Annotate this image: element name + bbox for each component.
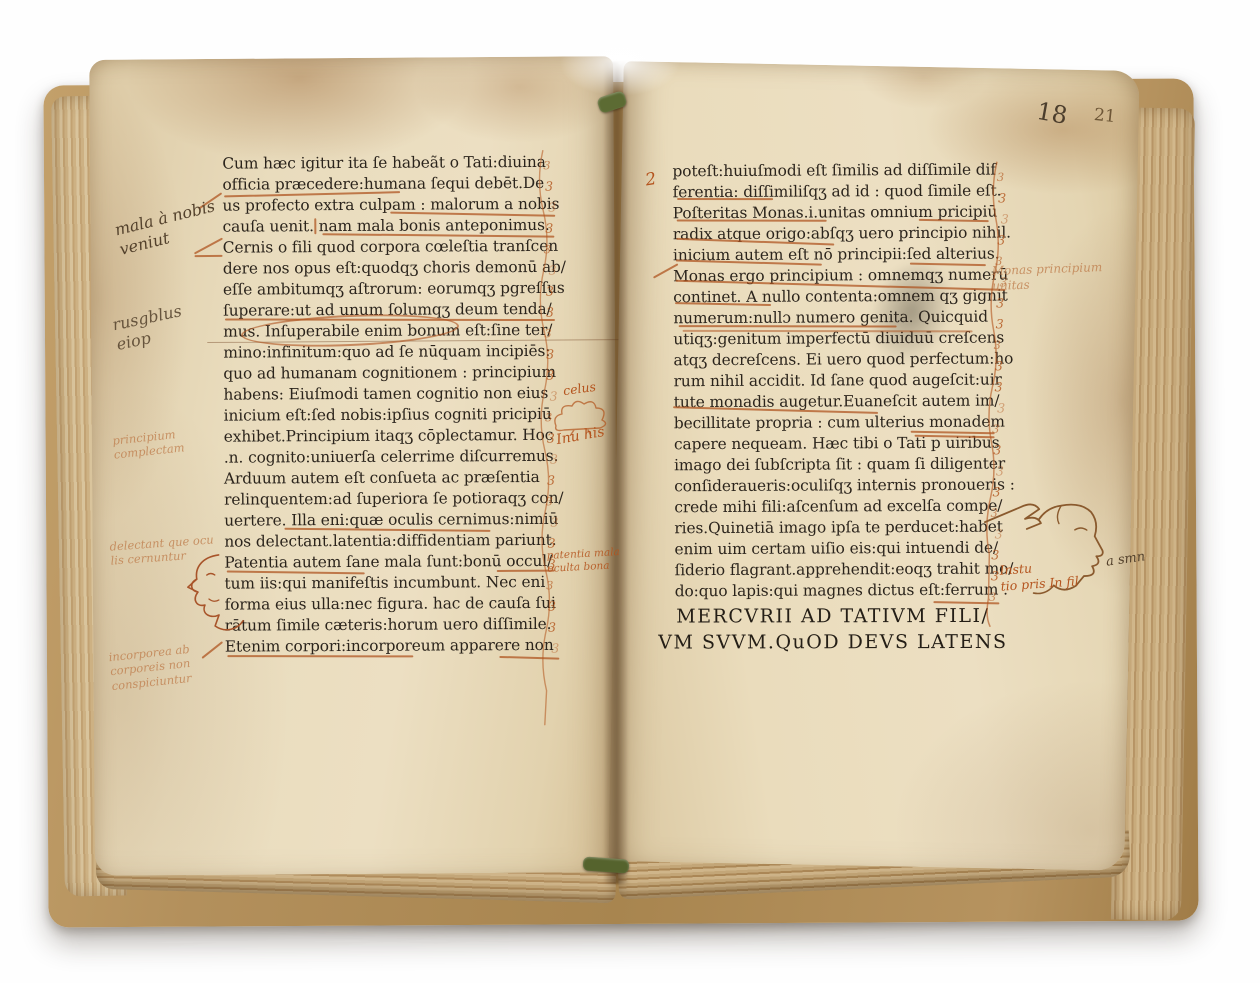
text-line: habens: Eiuſmodi tamen cognitio non eius xyxy=(223,383,559,406)
text-line: ries.Quinetiā imago ipſa te perducet:hab… xyxy=(674,516,1010,539)
text-line: tute monadis augetur.Euaneſcit autem im/ xyxy=(674,390,1010,413)
left-page: Cum hæc igitur ita ſe habeãt o Tati:diui… xyxy=(89,56,619,876)
text-line: quo ad humanam cognitionem : principium xyxy=(223,362,559,385)
text-line: MERCVRII AD TATIVM FILI/ xyxy=(657,603,1009,630)
text-line: radix atque origo:abſqʒ uero principio n… xyxy=(673,222,1009,245)
red-tick-ink xyxy=(314,218,316,234)
right-page-text-column: poteſt:huiuſmodi eſt ſimilis ad diſſimil… xyxy=(672,159,1010,602)
text-line: tum iis:qui manifeſtis incumbunt. Nec en… xyxy=(224,572,560,595)
photograph-of-open-book: Cum hæc igitur ita ſe habeãt o Tati:diui… xyxy=(0,0,1260,983)
text-line: rum nihil accidit. Id ſane quod augeſcit… xyxy=(674,369,1010,392)
red-underline-ink xyxy=(679,325,897,327)
text-line: eſſe ambitumqʒ aſtrorum: eorumqʒ pgreſſu… xyxy=(223,278,559,301)
text-line: crede mihi fili:aſcenſum ad excelſa comp… xyxy=(674,495,1010,518)
text-line: conſideraueris:oculiſqʒ internis pronoue… xyxy=(674,474,1010,497)
red-underline-ink xyxy=(677,198,773,200)
text-line: dere nos opus eſt:quodqʒ choris demonū a… xyxy=(223,257,559,280)
text-line: Cernis o fili quod corpora cœleſtia tran… xyxy=(223,236,559,259)
text-line: relinquentem:ad ſuperiora ſe potioraqʒ c… xyxy=(224,488,560,511)
profile-face-doodle-left xyxy=(185,551,250,637)
gutter-highlight xyxy=(560,30,680,96)
margin-note-incorporea: incorporea abcorporeis nonconspiciuntur xyxy=(108,642,193,693)
text-line: imago dei ſubſcripta ſit : quam ſi dilig… xyxy=(674,453,1010,476)
margin-note-monas-unitas: Monas principiumunitas xyxy=(992,260,1104,294)
text-line: ſiderio flagrant.apprehendit:eoqʒ trahit… xyxy=(675,558,1011,581)
right-page: poteſt:huiuſmodi eſt ſimilis ad diſſimil… xyxy=(608,61,1139,871)
text-line: nos delectant.latentia:diffidentiam pari… xyxy=(224,530,560,553)
fore-edge-folio-number: 21 xyxy=(1093,105,1117,127)
text-line: rātum ſimile cæteris:horum uero diſſimil… xyxy=(225,614,561,637)
chapter-heading: MERCVRII AD TATIVM FILI/VM SVVM.QuOD DEV… xyxy=(657,603,1009,656)
text-line: exhibet.Principium itaqʒ cōplectamur. Ho… xyxy=(224,425,560,448)
text-line: poteſt:huiuſmodi eſt ſimilis ad diſſimil… xyxy=(672,159,1008,182)
profile-face-doodle-right xyxy=(979,488,1113,615)
text-line: Arduum autem eſt conſueta ac præſentia xyxy=(224,467,560,490)
text-line: .n. cognito:uniuerſa celerrime diſcurrem… xyxy=(224,446,560,469)
folio-number: 18 xyxy=(1035,97,1070,130)
red-flourish-ink xyxy=(201,641,223,659)
text-line: enim uim certam uiſio eis:qui intuendi d… xyxy=(674,537,1010,560)
red-flourish-ink xyxy=(195,255,223,257)
margin-note-instu: Instutio pris In fil xyxy=(999,557,1079,594)
text-line: forma eius ulla:nec figura. hac de cauſa… xyxy=(225,593,561,616)
text-line: do:quo lapis:qui magnes dictus eſt:ferru… xyxy=(675,579,1011,602)
red-underline-ink xyxy=(677,219,827,221)
text-line: Cum hæc igitur ita ſe habeãt o Tati:diui… xyxy=(222,152,558,175)
paragraph-mark: 2 xyxy=(644,169,658,190)
gutter-note-patentia: patentia malaoculta bona xyxy=(546,546,620,576)
gutter-shadow xyxy=(603,62,629,884)
text-line: VM SVVM.QuOD DEVS LATENS xyxy=(657,629,1009,656)
text-line: atqʒ decreſcens. Ei uero quod perfectum:… xyxy=(673,348,1009,371)
text-line: inicium eſt:ſed nobis:ipſius cogniti pri… xyxy=(224,404,560,427)
red-underline-ink xyxy=(227,655,413,657)
left-page-text-column: Cum hæc igitur ita ſe habeãt o Tati:diui… xyxy=(222,152,561,658)
